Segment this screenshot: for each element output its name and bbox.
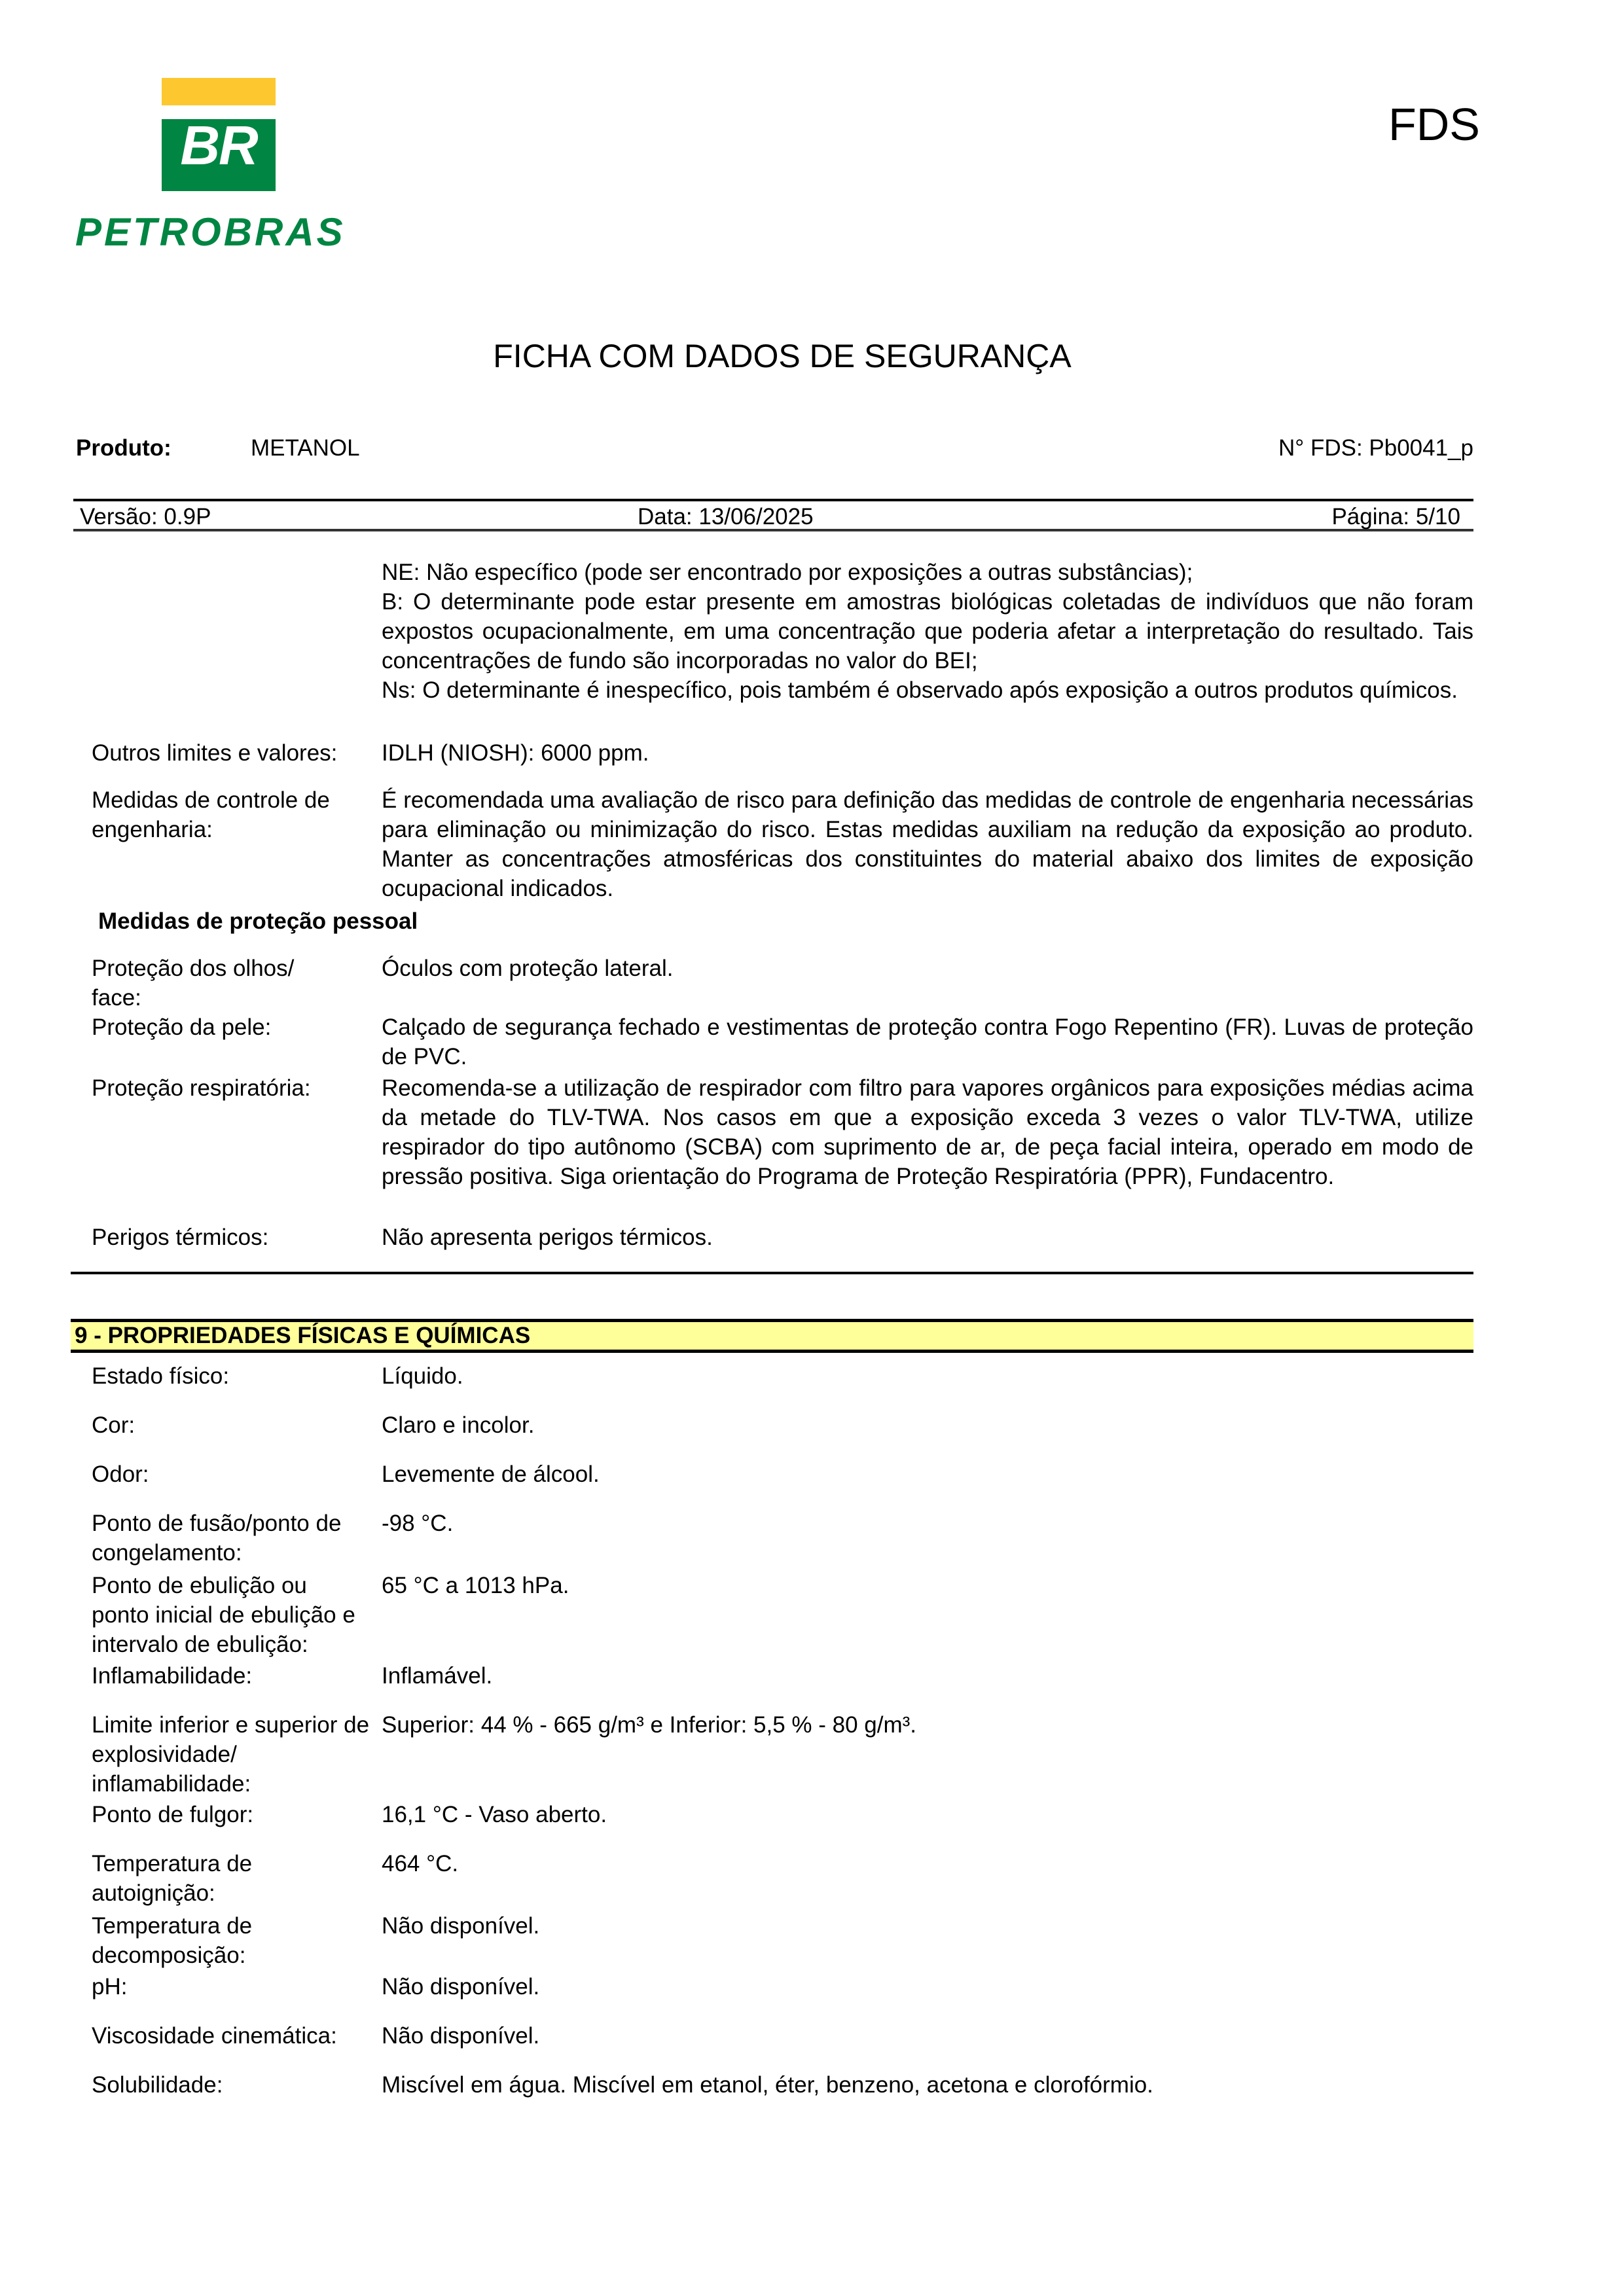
row-label: Proteção da pele: xyxy=(92,1013,367,1042)
logo-wordmark: PETROBRAS xyxy=(75,209,346,255)
property-value: 464 °C. xyxy=(382,1849,1473,1878)
property-label: Odor: xyxy=(92,1460,367,1489)
property-value: Não disponível. xyxy=(382,1972,1473,2001)
property-value: Miscível em água. Miscível em etanol, ét… xyxy=(382,2070,1473,2100)
row-value: IDLH (NIOSH): 6000 ppm. xyxy=(382,738,1473,768)
row-label: Perigos térmicos: xyxy=(92,1223,367,1252)
logo-yellow-bar xyxy=(162,78,276,105)
property-label: Viscosidade cinemática: xyxy=(92,2021,380,2051)
property-value: -98 °C. xyxy=(382,1509,1473,1538)
property-label: Ponto de fulgor: xyxy=(92,1800,367,1829)
property-label: Cor: xyxy=(92,1410,367,1440)
property-label: Limite inferior e superior de explosivid… xyxy=(92,1710,373,1799)
row-value: Recomenda-se a utilização de respirador … xyxy=(382,1073,1473,1191)
property-label: Temperatura de decomposição: xyxy=(92,1911,340,1970)
product-value: METANOL xyxy=(251,432,360,465)
date: Data: 13/06/2025 xyxy=(638,503,814,531)
property-value: Líquido. xyxy=(382,1361,1473,1391)
logo-br-mark: BR xyxy=(162,119,276,171)
property-label: Ponto de ebulição ou ponto inicial de eb… xyxy=(92,1571,367,1659)
property-label: Ponto de fusão/ponto de congelamento: xyxy=(92,1509,353,1568)
property-value: Levemente de álcool. xyxy=(382,1460,1473,1489)
row-label: Medidas de controle de engenharia: xyxy=(92,785,360,844)
note-ns: Ns: O determinante é inespecífico, pois … xyxy=(382,675,1473,705)
fds-number: N° FDS: Pb0041_p xyxy=(1278,432,1473,465)
property-value: Não disponível. xyxy=(382,1911,1473,1941)
property-value: Claro e incolor. xyxy=(382,1410,1473,1440)
version: Versão: 0.9P xyxy=(80,503,211,531)
row-label: Outros limites e valores: xyxy=(92,738,367,768)
section-divider xyxy=(71,1272,1473,1274)
property-value: Superior: 44 % - 665 g/m³ e Inferior: 5,… xyxy=(382,1710,1473,1740)
property-value: 16,1 °C - Vaso aberto. xyxy=(382,1800,1473,1829)
note-b: B: O determinante pode estar presente em… xyxy=(382,587,1473,675)
property-label: Temperatura de autoignição: xyxy=(92,1849,340,1908)
page-number: Página: 5/10 xyxy=(1331,503,1460,531)
property-label: Solubilidade: xyxy=(92,2070,367,2100)
row-value: Calçado de segurança fechado e vestiment… xyxy=(382,1013,1473,1071)
property-value: Não disponível. xyxy=(382,2021,1473,2051)
row-label: Proteção respiratória: xyxy=(92,1073,367,1103)
page-title: FICHA COM DADOS DE SEGURANÇA xyxy=(0,335,1564,377)
meta-bar: Versão: 0.9P Data: 13/06/2025 Página: 5/… xyxy=(73,499,1473,531)
property-label: Estado físico: xyxy=(92,1361,367,1391)
property-value: 65 °C a 1013 hPa. xyxy=(382,1571,1473,1600)
doc-type-label: FDS xyxy=(1388,98,1480,151)
row-value: É recomendada uma avaliação de risco par… xyxy=(382,785,1473,903)
product-label: Produto: xyxy=(76,432,171,465)
section-9-header: 9 - PROPRIEDADES FÍSICAS E QUÍMICAS xyxy=(71,1319,1473,1353)
product-row: Produto: METANOL N° FDS: Pb0041_p xyxy=(76,432,1473,465)
row-value: Óculos com proteção lateral. xyxy=(382,954,1473,983)
property-label: Inflamabilidade: xyxy=(92,1661,367,1691)
notes-block: NE: Não específico (pode ser encontrado … xyxy=(382,558,1473,705)
row-label: Proteção dos olhos/ face: xyxy=(92,954,327,1013)
personal-protection-heading: Medidas de proteção pessoal xyxy=(98,906,418,936)
property-label: pH: xyxy=(92,1972,367,2001)
note-ne: NE: Não específico (pode ser encontrado … xyxy=(382,558,1473,587)
row-value: Não apresenta perigos térmicos. xyxy=(382,1223,1473,1252)
property-value: Inflamável. xyxy=(382,1661,1473,1691)
